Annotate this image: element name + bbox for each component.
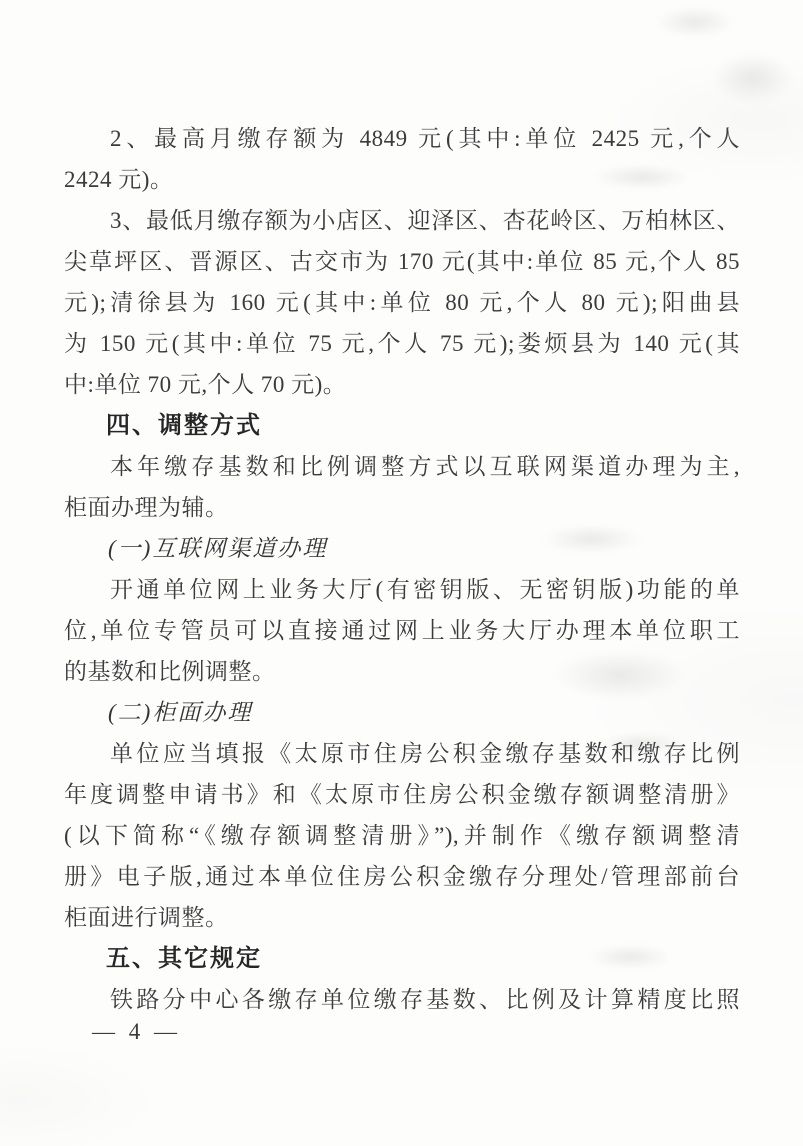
paragraph-line: 柜面进行调整。 bbox=[64, 897, 740, 938]
paragraph-line: 的基数和比例调整。 bbox=[64, 651, 740, 692]
paragraph-line: 开通单位网上业务大厅(有密钥版、无密钥版)功能的单 bbox=[64, 569, 740, 610]
paragraph-line: 位,单位专管员可以直接通过网上业务大厅办理本单位职工 bbox=[64, 610, 740, 651]
paragraph-line: 2424 元)。 bbox=[64, 159, 740, 200]
paragraph-line: 为 150 元(其中:单位 75 元,个人 75 元);娄烦县为 140 元(其 bbox=[64, 323, 740, 364]
page-number: — 4 — bbox=[92, 1012, 181, 1052]
paragraph-line: 年度调整申请书》和《太原市住房公积金缴存额调整清册》 bbox=[64, 774, 740, 815]
section-heading-4: 四、调整方式 bbox=[64, 405, 740, 446]
paragraph-line: 单位应当填报《太原市住房公积金缴存基数和缴存比例 bbox=[64, 733, 740, 774]
paragraph-line: 元);清徐县为 160 元(其中:单位 80 元,个人 80 元);阳曲县 bbox=[64, 282, 740, 323]
scanned-document-page: 2、最高月缴存额为 4849 元(其中:单位 2425 元,个人 2424 元)… bbox=[0, 0, 803, 1146]
paragraph-line: 册》电子版,通过本单位住房公积金缴存分理处/管理部前台 bbox=[64, 856, 740, 897]
paragraph-line: 3、最低月缴存额为小店区、迎泽区、杏花岭区、万柏林区、 bbox=[64, 200, 740, 241]
paragraph-line: 中:单位 70 元,个人 70 元)。 bbox=[64, 364, 740, 405]
section-heading-5: 五、其它规定 bbox=[64, 938, 740, 979]
subsection-heading-2: (二)柜面办理 bbox=[64, 692, 740, 733]
paragraph-line: 柜面办理为辅。 bbox=[64, 487, 740, 528]
subsection-heading-1: (一)互联网渠道办理 bbox=[64, 528, 740, 569]
paragraph-line: (以下简称“《缴存额调整清册》”),并制作《缴存额调整清 bbox=[64, 815, 740, 856]
paragraph-line: 尖草坪区、晋源区、古交市为 170 元(其中:单位 85 元,个人 85 bbox=[64, 241, 740, 282]
paragraph-line: 2、最高月缴存额为 4849 元(其中:单位 2425 元,个人 bbox=[64, 118, 740, 159]
scan-smudge bbox=[655, 6, 735, 38]
scan-smudge bbox=[712, 52, 794, 104]
paragraph-line: 本年缴存基数和比例调整方式以互联网渠道办理为主, bbox=[64, 446, 740, 487]
document-body: 2、最高月缴存额为 4849 元(其中:单位 2425 元,个人 2424 元)… bbox=[64, 118, 740, 1020]
